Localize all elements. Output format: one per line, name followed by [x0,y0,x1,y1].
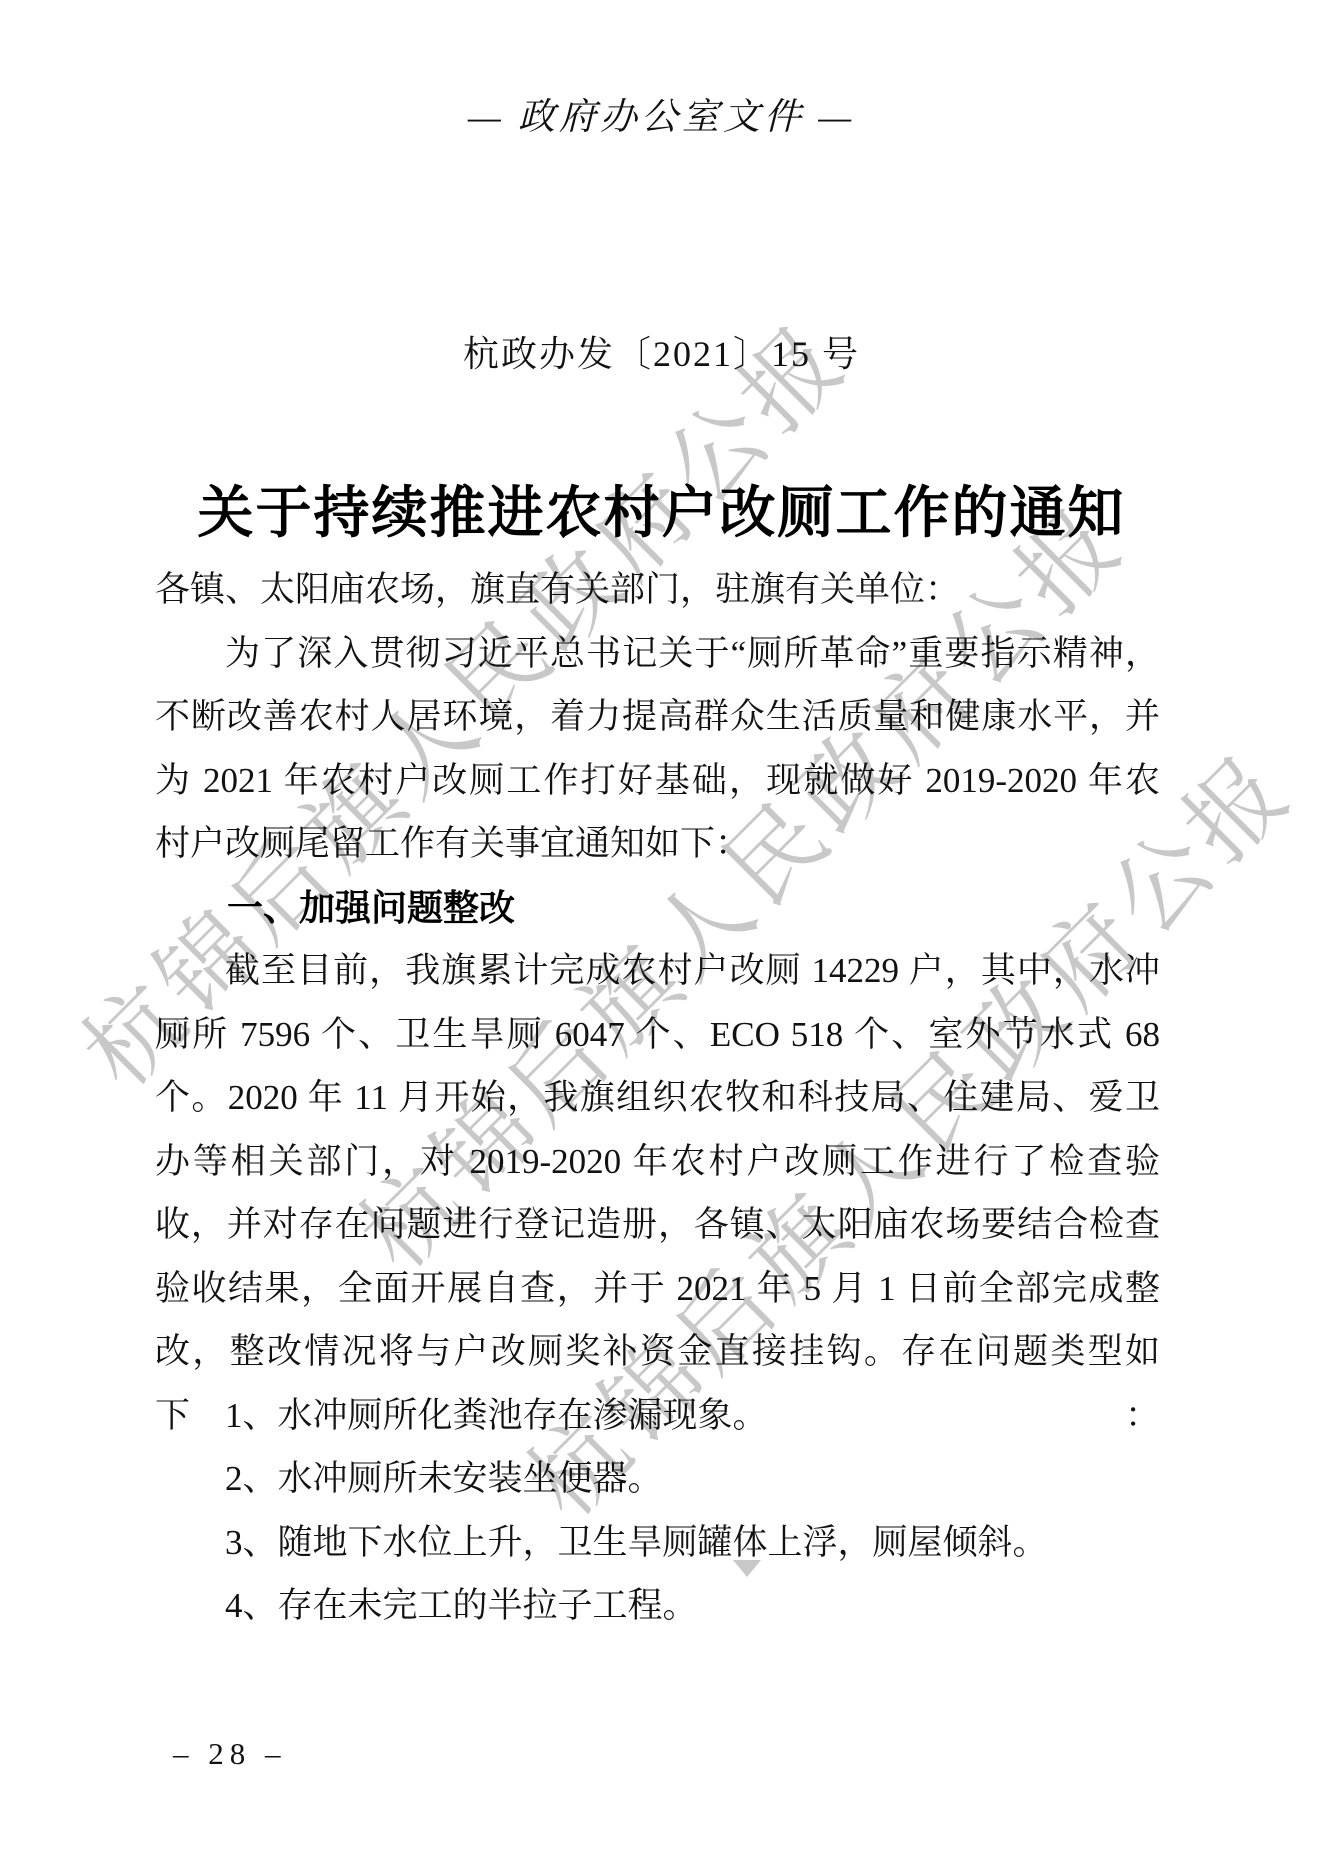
body-line: 厕所 7596 个、卫生旱厕 6047 个、ECO 518 个、室外节水式 68 [155,1003,1160,1067]
body-line: 为 2021 年农村户改厕工作打好基础，现就做好 2019-2020 年农 [155,749,1160,813]
body-line: 村户改厕尾留工作有关事宜通知如下： [155,812,1160,876]
body-line: 为了深入贯彻习近平总书记关于“厕所革命”重要指示精神， [155,622,1160,686]
body-line: 收，并对存在问题进行登记造册，各镇、太阳庙农场要结合检查 [155,1193,1160,1257]
body-line: 验收结果，全面开展自查，并于 2021 年 5 月 1 日前全部完成整 [155,1257,1160,1321]
body-line: 不断改善农村人居环境，着力提高群众生活质量和健康水平，并 [155,685,1160,749]
body-line: 2、水冲厕所未安装坐便器。 [155,1447,1160,1511]
document-page: 杭锦后旗人民政府公报 杭锦后旗人民政府公报 杭锦后旗人民政府公报 — 政府办公室… [0,0,1323,1871]
body-line: 3、随地下水位上升，卫生旱厕罐体上浮，厕屋倾斜。 [155,1511,1160,1575]
body-line: 办等相关部门，对 2019-2020 年农村户改厕工作进行了检查验 [155,1130,1160,1194]
section-heading: 一、加强问题整改 [155,876,1160,940]
document-title: 关于持续推进农村户改厕工作的通知 [0,478,1323,550]
gazette-header: — 政府办公室文件 — [0,96,1323,140]
page-number: – 28 – [173,1736,287,1772]
body-line: 4、存在未完工的半拉子工程。 [155,1574,1160,1638]
body-line: 改，整改情况将与户改厕奖补资金直接挂钩。存在问题类型如下： [155,1320,1160,1384]
body-line: 截至目前，我旗累计完成农村户改厕 14229 户，其中，水冲 [155,939,1160,1003]
document-body: 各镇、太阳庙农场，旗直有关部门，驻旗有关单位：为了深入贯彻习近平总书记关于“厕所… [155,558,1160,1638]
doc-number: 杭政办发〔2021〕15 号 [0,332,1323,376]
body-line: 个。2020 年 11 月开始，我旗组织农牧和科技局、住建局、爱卫 [155,1066,1160,1130]
body-line: 各镇、太阳庙农场，旗直有关部门，驻旗有关单位： [155,558,1160,622]
